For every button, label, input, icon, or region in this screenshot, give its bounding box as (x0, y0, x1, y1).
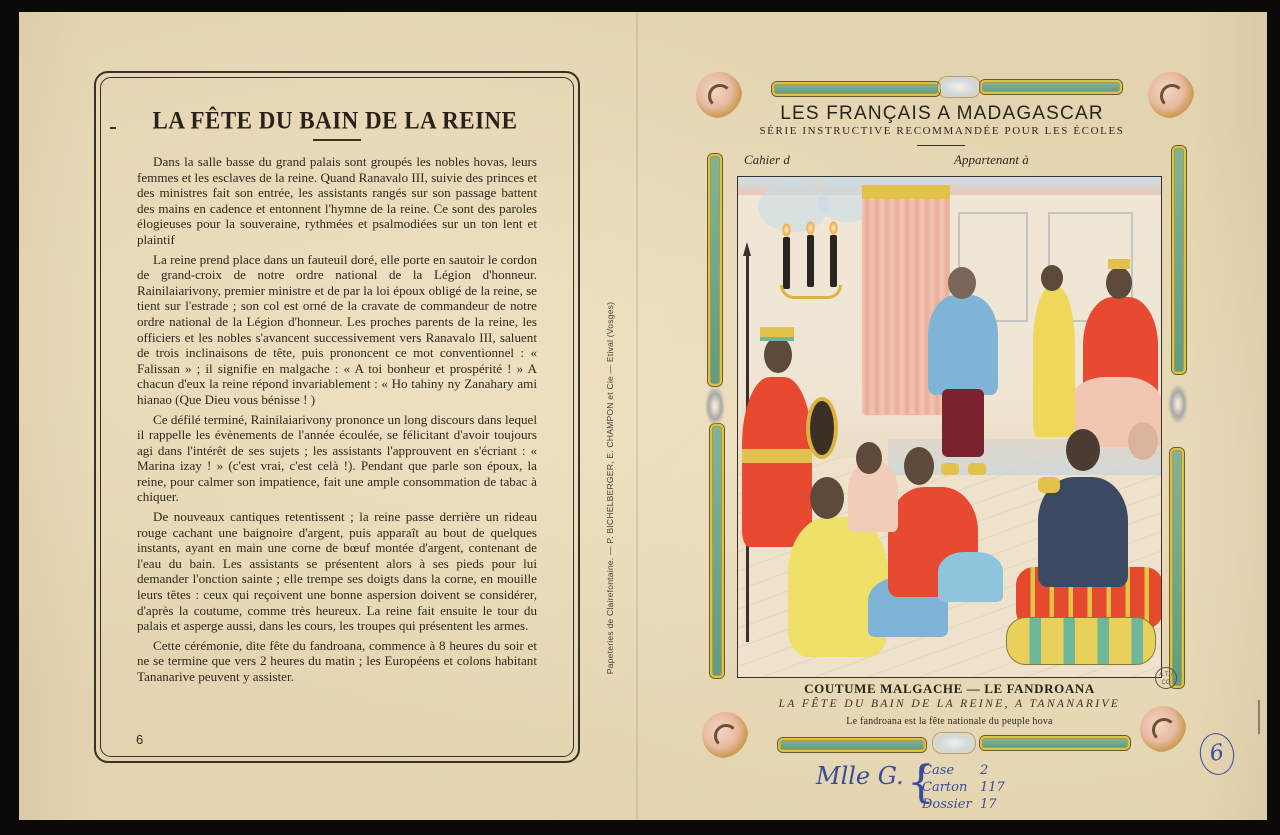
paragraph: La reine prend place dans un fauteuil do… (137, 252, 537, 408)
shelf-row-dossier: Dossier 17 (922, 796, 1005, 813)
flame (782, 223, 791, 237)
frame-bar-right-bottom (1170, 448, 1184, 688)
boot (941, 463, 959, 475)
officer-blue-uniform (1038, 477, 1128, 587)
noble-head (856, 442, 882, 474)
handwritten-shelf-info: Case 2 Carton 117 Dossier 17 (922, 762, 1005, 813)
frame-bar-left-top (708, 154, 722, 386)
cahier-label: Cahier d (744, 152, 790, 168)
corner-scroll-top-left (696, 72, 742, 118)
frame-ornament-left (705, 386, 725, 426)
torch (830, 235, 837, 287)
shelf-row-carton: Carton 117 (922, 779, 1005, 796)
flame (829, 221, 838, 235)
paragraph: De nouveaux cantiques retentissent ; la … (137, 509, 537, 634)
corner-scroll-top-right (1148, 72, 1194, 118)
guard-sash (742, 449, 812, 463)
shelf-label: Dossier (922, 796, 966, 813)
attendant-head (1041, 265, 1063, 291)
frame-bar-top-left (772, 82, 940, 96)
striped-bolster (1006, 617, 1156, 665)
cover-title: LES FRANÇAIS A MADAGASCAR (742, 103, 1142, 125)
shelf-value: 2 (980, 762, 988, 779)
guard-cap (760, 327, 794, 341)
margin-mark (110, 127, 116, 129)
edge-mark (1258, 700, 1260, 734)
caption-italic: LA FÊTE DU BAIN DE LA REINE, A TANANARIV… (737, 698, 1162, 710)
caption-small: Le fandroana est la fête nationale du pe… (737, 716, 1162, 727)
boot (968, 463, 986, 475)
page-number: 6 (136, 732, 143, 747)
frame-ornament-top (937, 76, 981, 98)
handwritten-owner: Mlle G. (816, 762, 904, 790)
frame-bar-top-right (980, 80, 1122, 94)
frame-ornament-bottom (932, 732, 976, 754)
paragraph: Cette cérémonie, dite fête du fandroana,… (137, 638, 537, 685)
shelf-value: 117 (980, 779, 1005, 796)
noble-head (810, 477, 844, 519)
caption-main: COUTUME MALGACHE — LE FANDROANA (737, 681, 1162, 697)
epaulette (1038, 477, 1060, 493)
shelf-label: Case (922, 762, 966, 779)
minister-trousers (942, 389, 984, 457)
crown (1108, 259, 1130, 269)
shelf-row-case: Case 2 (922, 762, 1005, 779)
shield (806, 397, 838, 459)
title-rule (313, 139, 361, 141)
paragraph: Dans la salle basse du grand palais sont… (137, 154, 537, 248)
center-fold (636, 12, 638, 820)
flame (806, 221, 815, 235)
noble-blue-skirt (938, 552, 1003, 602)
officer-head-2 (1128, 422, 1158, 460)
cover-subtitle: SÉRIE INSTRUCTIVE RECOMMANDÉE POUR LES É… (742, 125, 1142, 137)
cover-rule (917, 145, 965, 146)
queen-head (1106, 267, 1132, 299)
left-page-body: Dans la salle basse du grand palais sont… (137, 154, 537, 689)
frame-ornament-right (1168, 384, 1188, 424)
printer-imprint: Papeteries de Clairefontaine. — P. BICHE… (605, 258, 619, 718)
minister-head (948, 267, 976, 299)
attendant-yellow (1033, 287, 1075, 437)
minister-blue-coat (928, 295, 998, 395)
torch (807, 235, 814, 287)
guard-head (764, 337, 792, 373)
appartenant-label: Appartenant à (954, 152, 1029, 168)
frame-bar-bottom-right (980, 736, 1130, 750)
smoke (758, 182, 828, 232)
cover-illustration (737, 176, 1162, 678)
frame-bar-right-top (1172, 146, 1186, 374)
candelabra (780, 285, 842, 299)
torch (783, 237, 790, 289)
officer-head (1066, 429, 1100, 471)
corner-scroll-bottom-right (1140, 706, 1186, 752)
paragraph: Ce défilé terminé, Rainilaiarivony prono… (137, 412, 537, 506)
frame-bar-left-bottom (710, 424, 724, 678)
left-page-title: LA FÊTE DU BAIN DE LA REINE (120, 107, 550, 135)
frame-bar-bottom-left (778, 738, 926, 752)
shelf-label: Carton (922, 779, 966, 796)
noble-head (904, 447, 934, 485)
shelf-value: 17 (980, 796, 997, 813)
